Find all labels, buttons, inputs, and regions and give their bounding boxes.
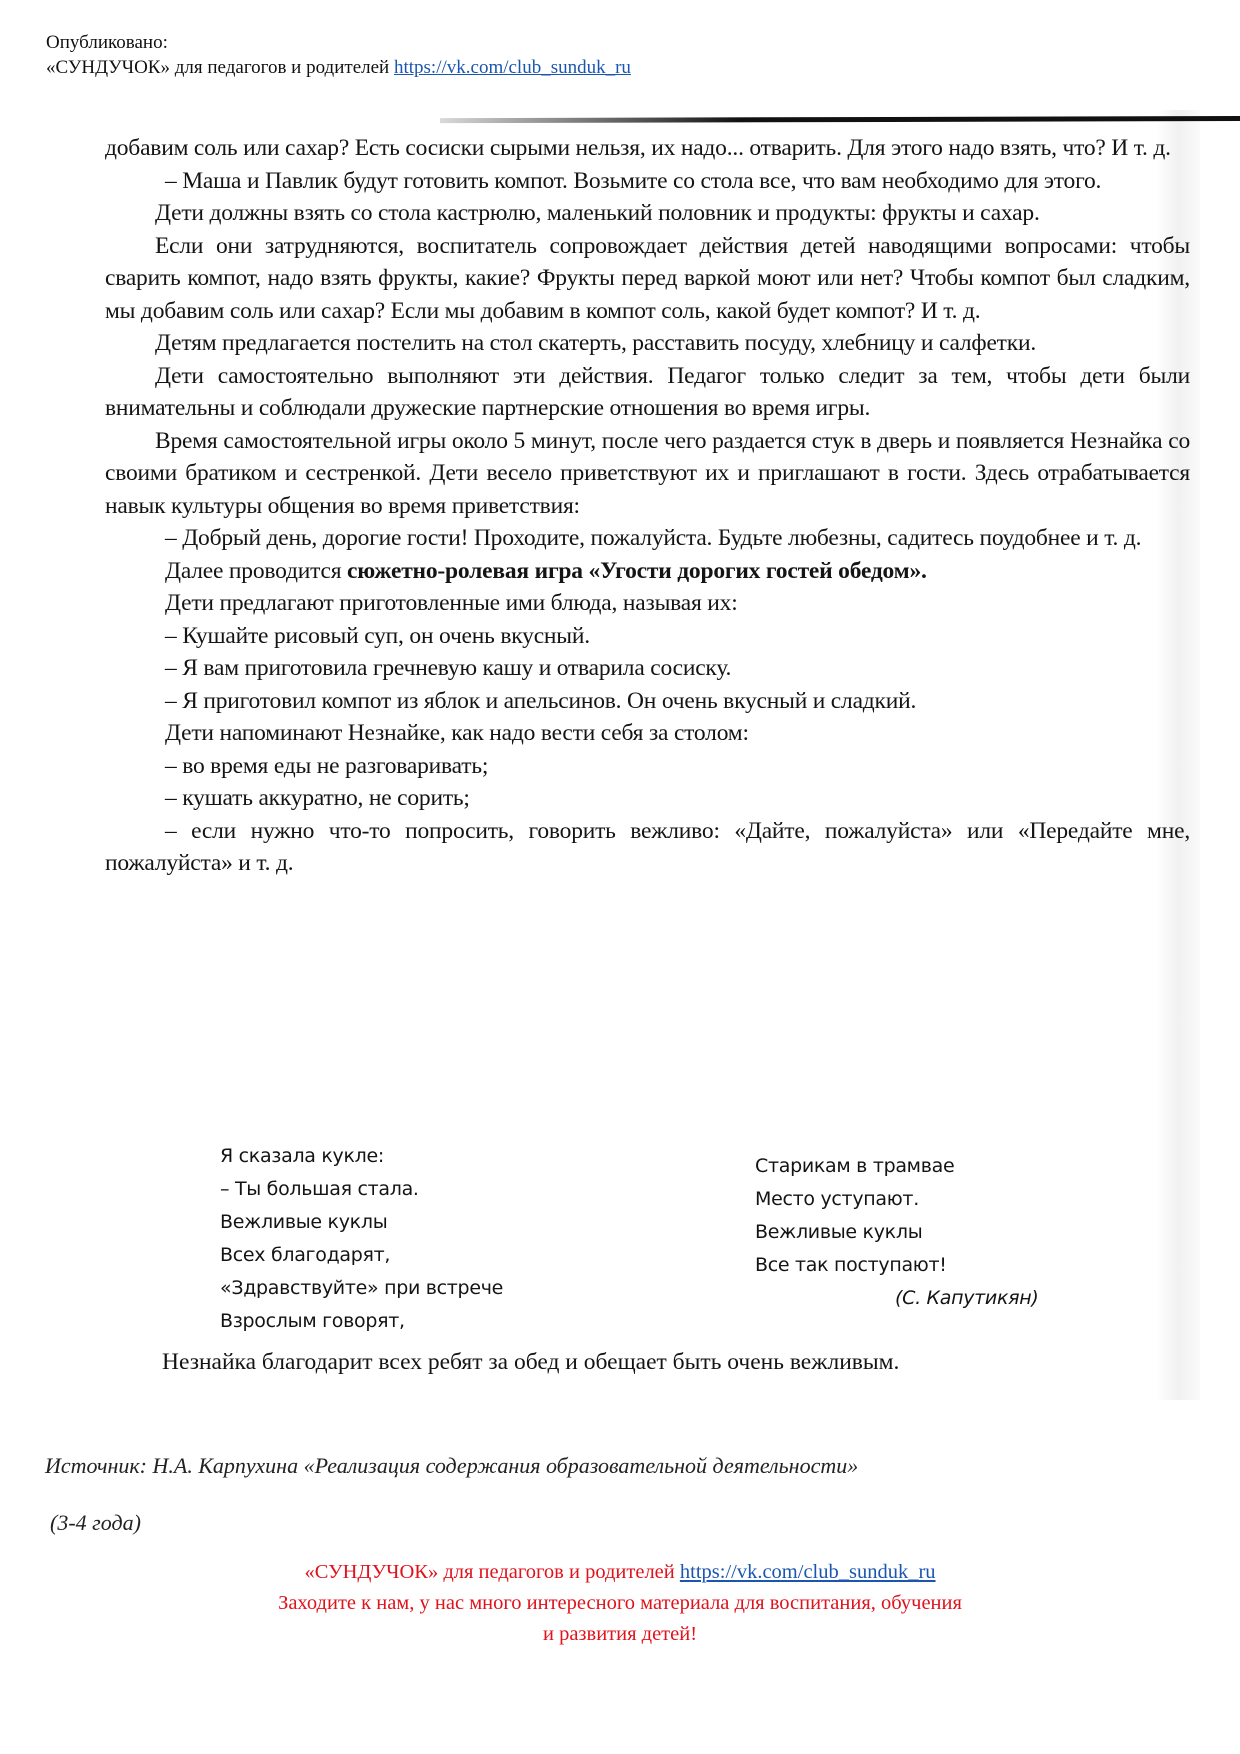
age-range: (3-4 года) xyxy=(50,1510,141,1536)
vk-link[interactable]: https://vk.com/club_sunduk_ru xyxy=(394,57,631,78)
poem-line: Старикам в трамвае xyxy=(755,1150,1039,1183)
paragraph-game: Далее проводится сюжетно-ролевая игра «У… xyxy=(105,555,1190,588)
paragraph: добавим соль или сахар? Есть сосиски сыр… xyxy=(105,132,1190,165)
poem-left-column: Я сказала кукле: – Ты большая стала. Веж… xyxy=(220,1140,503,1338)
poem-line: Место уступают. xyxy=(755,1183,1039,1216)
closing-paragraph: Незнайка благодарит всех ребят за обед и… xyxy=(162,1346,899,1378)
game-intro: Далее проводится xyxy=(165,558,347,584)
poem-line: «Здравствуйте» при встрече xyxy=(220,1272,503,1305)
scanned-body-text: добавим соль или сахар? Есть сосиски сыр… xyxy=(105,132,1190,880)
footer-promo: «СУНДУЧОК» для педагогов и родителей htt… xyxy=(0,1557,1240,1650)
paragraph: Детям предлагается постелить на стол ска… xyxy=(105,327,1190,360)
source-citation: Источник: Н.А. Карпухина «Реализация сод… xyxy=(45,1453,858,1479)
poem-line: Все так поступают! xyxy=(755,1249,1039,1282)
paragraph: Дети напоминают Незнайке, как надо вести… xyxy=(105,717,1190,750)
poem-author: (С. Капутикян) xyxy=(755,1282,1039,1315)
brand-text: «СУНДУЧОК» для педагогов и родителей xyxy=(46,57,394,78)
footer-brand-line: «СУНДУЧОК» для педагогов и родителей htt… xyxy=(0,1557,1240,1588)
top-rule-divider xyxy=(440,116,1240,123)
poem-line: Вежливые куклы xyxy=(220,1206,503,1239)
published-label: Опубликовано: xyxy=(46,30,631,55)
dish-line: – Я вам приготовила гречневую кашу и отв… xyxy=(105,652,1190,685)
rule-line: – во время еды не разговаривать; xyxy=(105,750,1190,783)
paragraph: Время самостоятельной игры около 5 минут… xyxy=(105,425,1190,523)
footer-vk-link[interactable]: https://vk.com/club_sunduk_ru xyxy=(680,1561,936,1583)
poem-line: Всех благодарят, xyxy=(220,1239,503,1272)
paragraph: Дети самостоятельно выполняют эти действ… xyxy=(105,360,1190,425)
poem-line: Вежливые куклы xyxy=(755,1216,1039,1249)
dish-line: – Кушайте рисовый суп, он очень вкусный. xyxy=(105,620,1190,653)
paragraph: Если они затрудняются, воспитатель сопро… xyxy=(105,230,1190,328)
paragraph: Дети предлагают приготовленные ими блюда… xyxy=(105,587,1190,620)
brand-line: «СУНДУЧОК» для педагогов и родителей htt… xyxy=(46,55,631,80)
game-title: сюжетно-ролевая игра «Угости дорогих гос… xyxy=(347,558,927,584)
scanned-page: добавим соль или сахар? Есть сосиски сыр… xyxy=(100,110,1200,1400)
footer-invite-line-2: и развития детей! xyxy=(0,1619,1240,1650)
dish-line: – Я приготовил компот из яблок и апельси… xyxy=(105,685,1190,718)
poem-line: Я сказала кукле: xyxy=(220,1140,503,1173)
published-header: Опубликовано: «СУНДУЧОК» для педагогов и… xyxy=(46,30,631,80)
poem-right-column: Старикам в трамвае Место уступают. Вежли… xyxy=(755,1150,1039,1315)
poem-line: Взрослым говорят, xyxy=(220,1305,503,1338)
footer-brand-text: «СУНДУЧОК» для педагогов и родителей xyxy=(304,1561,679,1583)
paragraph: Дети должны взять со стола кастрюлю, мал… xyxy=(105,197,1190,230)
rule-line: – если нужно что-то попросить, говорить … xyxy=(105,815,1190,880)
paragraph: – Добрый день, дорогие гости! Проходите,… xyxy=(105,522,1190,555)
paragraph: – Маша и Павлик будут готовить компот. В… xyxy=(105,165,1190,198)
footer-invite-line: Заходите к нам, у нас много интересного … xyxy=(0,1588,1240,1619)
poem-line: – Ты большая стала. xyxy=(220,1173,503,1206)
rule-line: – кушать аккуратно, не сорить; xyxy=(105,782,1190,815)
